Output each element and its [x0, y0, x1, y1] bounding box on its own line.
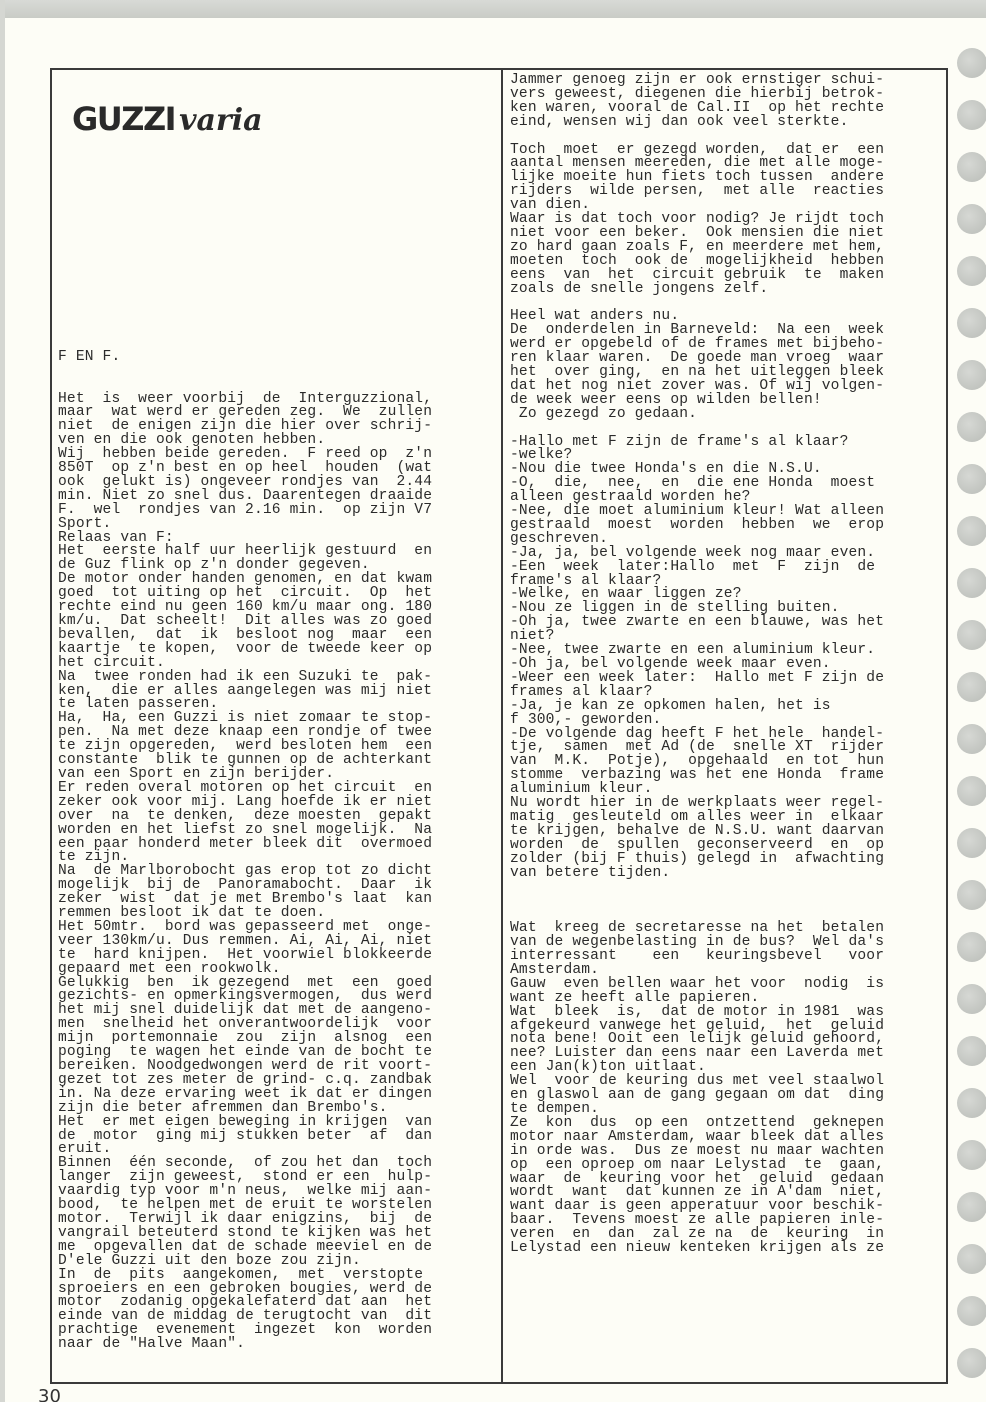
binder-hole-icon	[957, 1296, 986, 1326]
binder-hole-icon	[957, 48, 986, 78]
paragraph-gap	[510, 881, 946, 895]
scan-left-edge	[0, 0, 5, 1402]
text-line: Lelystad een nieuw kenteken krijgen als …	[510, 1242, 946, 1256]
binder-hole-icon	[957, 360, 986, 390]
binder-hole-icon	[957, 256, 986, 286]
text-line: naar de "Halve Maan".	[58, 1338, 498, 1352]
binder-hole-icon	[957, 204, 986, 234]
masthead-brand: GUZZI	[72, 100, 175, 138]
binder-hole-icon	[957, 672, 986, 702]
binder-hole-icon	[957, 1244, 986, 1274]
binder-hole-icon	[957, 308, 986, 338]
binder-hole-icon	[957, 724, 986, 754]
page-number: 30	[38, 1388, 61, 1402]
binder-hole-icon	[957, 516, 986, 546]
binder-hole-icon	[957, 932, 986, 962]
binder-holes	[957, 48, 986, 1400]
right-column: Jammer genoeg zijn er ook ernstiger schu…	[510, 74, 946, 1256]
column-divider	[501, 68, 503, 1384]
binder-hole-icon	[957, 776, 986, 806]
article-heading: F EN F.	[58, 351, 498, 365]
scan-top-edge	[0, 0, 986, 18]
paragraph-gap	[510, 894, 946, 908]
binder-hole-icon	[957, 1088, 986, 1118]
binder-hole-icon	[957, 620, 986, 650]
binder-hole-icon	[957, 1140, 986, 1170]
binder-hole-icon	[957, 984, 986, 1014]
binder-hole-icon	[957, 464, 986, 494]
text-line: F. wel rondjes van 2.16 min. op zijn V7	[58, 504, 498, 518]
binder-hole-icon	[957, 1036, 986, 1066]
binder-hole-icon	[957, 100, 986, 130]
text-line: van betere tijden.	[510, 867, 946, 881]
binder-hole-icon	[957, 880, 986, 910]
text-line: eind, wensen wij dan ook veel sterkte.	[510, 116, 946, 130]
text-line: de motor ging mij stukken beter af dan	[58, 1130, 498, 1144]
masthead: GUZZI varia	[72, 100, 263, 140]
masthead-script: varia	[179, 103, 263, 138]
binder-hole-icon	[957, 568, 986, 598]
text-line: -Oh ja, twee zwarte en een blauwe, was h…	[510, 616, 946, 630]
text-line: zoals de snelle jongens zelf.	[510, 283, 946, 297]
binder-hole-icon	[957, 412, 986, 442]
binder-hole-icon	[957, 152, 986, 182]
left-column: F EN F. Het is weer voorbij de Interguzz…	[58, 323, 498, 1352]
binder-hole-icon	[957, 1348, 986, 1378]
binder-hole-icon	[957, 1192, 986, 1222]
binder-hole-icon	[957, 828, 986, 858]
text-line: -Hallo met F zijn de frame's al klaar?	[510, 436, 946, 450]
text-line: Zo gezegd zo gedaan.	[510, 408, 946, 422]
